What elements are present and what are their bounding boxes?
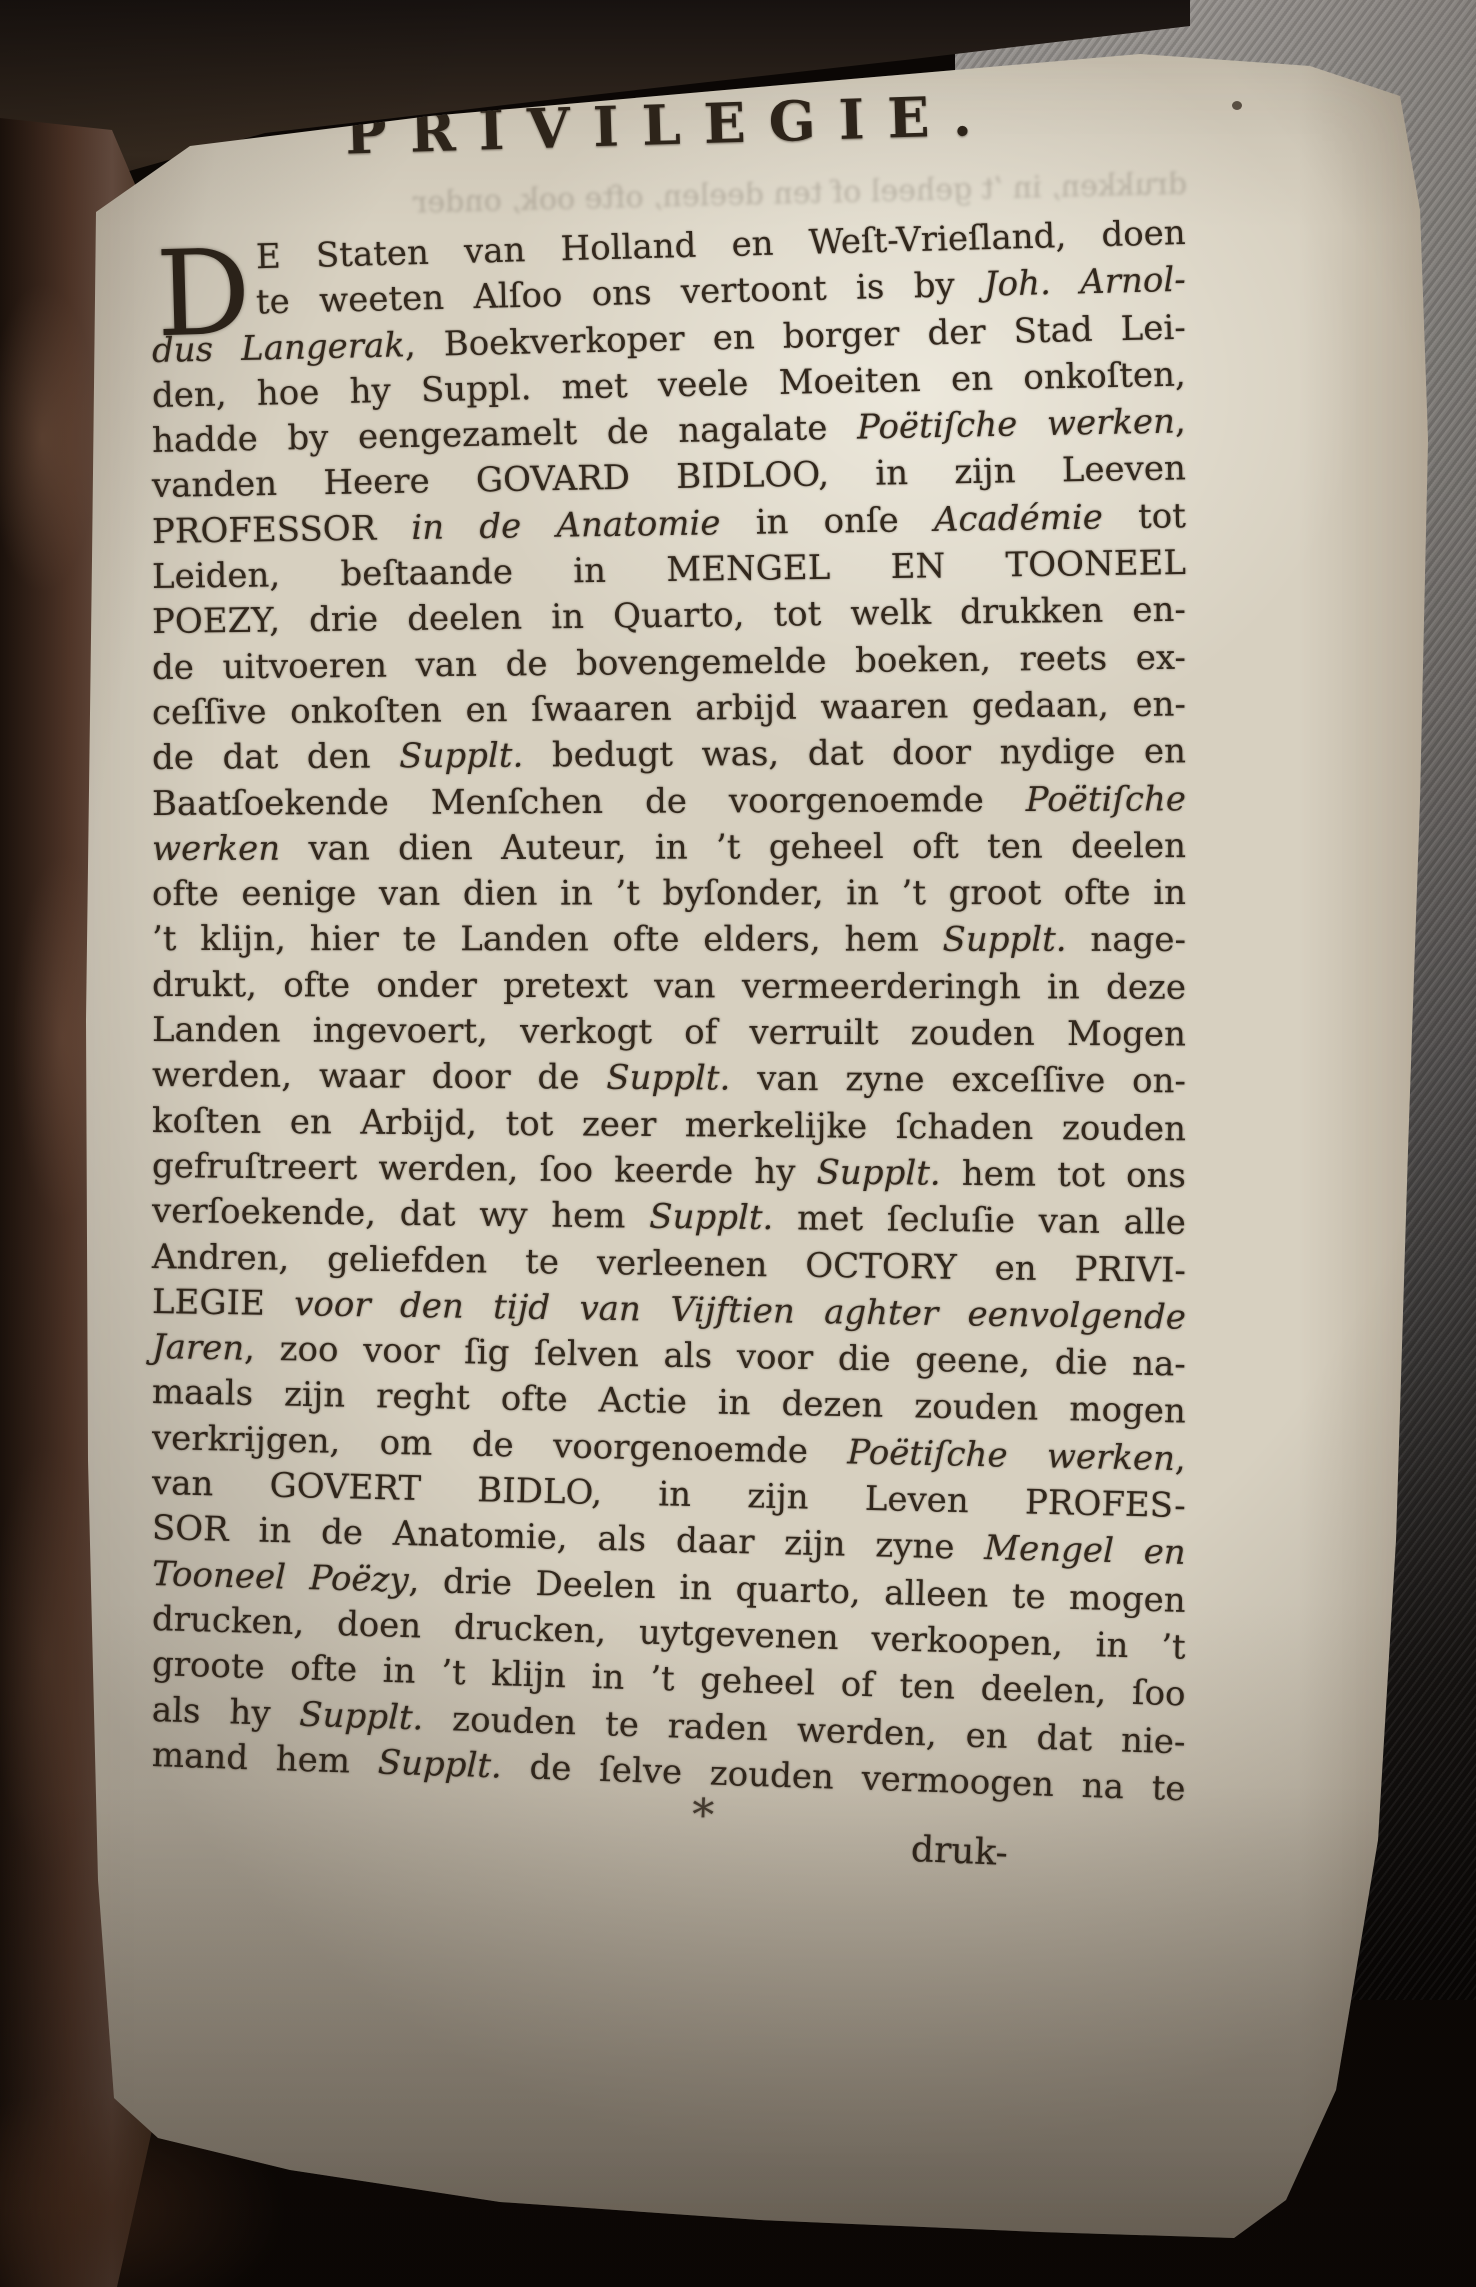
text-line: drukt, ofte onder pretext van vermeerder…	[152, 963, 1186, 1011]
text-line: de dat den Supplt. bedugt was, dat door …	[152, 730, 1186, 782]
ink-speck	[1232, 101, 1242, 110]
text-line: de uitvoeren van de bovengemelde boeken,…	[152, 635, 1186, 691]
text-line: ofte eenige van dien in ’t byſonder, in …	[152, 871, 1186, 917]
text-line: Landen ingevoert, verkogt of verruilt zo…	[152, 1008, 1186, 1058]
asterisk-mark: *	[691, 1790, 715, 1842]
book-page: drukken, in ’t geheel of ten deelen, oft…	[0, 0, 1476, 2287]
text-line: Baatſoekende Menſchen de voorgenoemde Po…	[152, 777, 1186, 827]
catchword: druk-	[910, 1829, 1008, 1874]
body-text: D * druk- E Staten van Holland en Weſt-V…	[152, 238, 1186, 1778]
text-line: ceſſive onkoſten en ſwaaren arbijd waare…	[152, 682, 1186, 736]
text-line: werken van dien Auteur, in ’t geheel oft…	[152, 824, 1186, 872]
text-line: koſten en Arbijd, tot zeer merkelijke ſc…	[152, 1099, 1186, 1153]
text-line: ’t klijn, hier te Landen ofte elders, he…	[152, 917, 1186, 963]
showthrough-text: drukken, in ’t geheel of ten deelen, oft…	[400, 166, 1201, 221]
text-line: werden, waar door de Supplt. van zyne ex…	[152, 1053, 1186, 1105]
book-photo: drukken, in ’t geheel of ten deelen, oft…	[0, 0, 1476, 2287]
